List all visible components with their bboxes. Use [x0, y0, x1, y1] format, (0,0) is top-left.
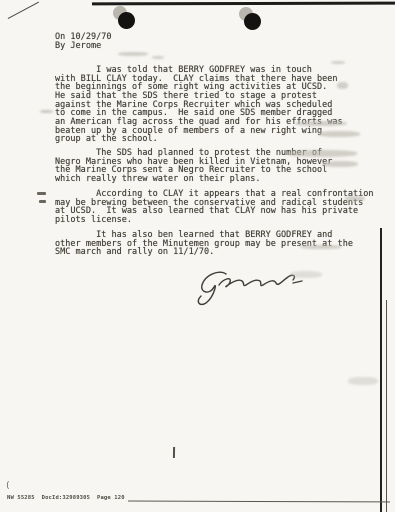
scan-edge-right-line — [380, 228, 382, 512]
smudge-mark — [337, 82, 348, 89]
memo-byline: By Jerome — [55, 41, 101, 51]
memo-paragraph-1: I was told that BERRY GODFREY was in tou… — [55, 66, 343, 144]
footer-stamp: NW 55285 DocId:32989305 Page 120 — [7, 494, 157, 501]
margin-tick — [37, 192, 46, 195]
memo-paragraph-4: It has also ben learned that BERRY GODFR… — [55, 231, 353, 257]
footer-artifact-mark: ( — [5, 481, 10, 491]
smudge-mark — [287, 150, 357, 157]
smudge-mark — [40, 110, 53, 113]
scan-edge-top-line — [92, 2, 395, 6]
memo-paragraph-3: According to CLAY it appears that a real… — [55, 190, 374, 225]
smudge-mark — [318, 131, 360, 137]
smudge-mark — [152, 56, 164, 59]
smudge-mark — [322, 161, 358, 167]
scanned-memo-page: On 10/29/70By Jerome I was told that BER… — [0, 0, 395, 512]
signature-scribble — [192, 262, 312, 308]
smudge-mark — [300, 245, 342, 249]
smudge-mark — [345, 196, 365, 201]
scan-edge-right-line-2 — [386, 300, 387, 512]
stray-tick-mark — [173, 447, 175, 458]
smudge-mark — [118, 52, 148, 56]
memo-header: On 10/29/70By Jerome — [55, 33, 112, 50]
smudge-mark — [331, 61, 345, 64]
signature-jerome — [192, 262, 312, 308]
footer-rule-line — [128, 501, 390, 503]
corner-fold-line — [8, 2, 40, 20]
hole-punch-hole — [118, 12, 135, 29]
smudge-mark — [295, 121, 347, 126]
hole-punch-hole — [244, 13, 261, 30]
smudge-mark — [348, 377, 378, 385]
smudge-mark — [290, 271, 322, 278]
margin-tick — [39, 200, 46, 203]
